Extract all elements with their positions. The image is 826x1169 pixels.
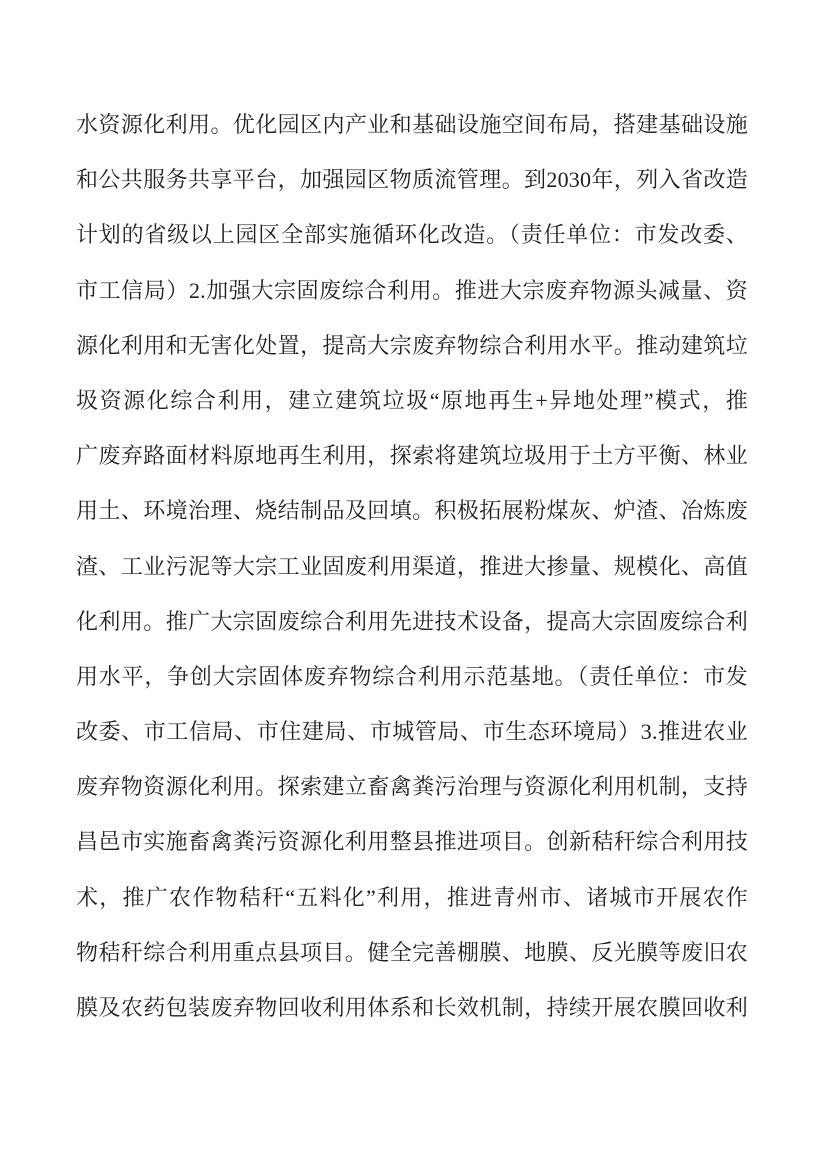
text-line-2: 和公共服务共享平台，加强园区物质流管理。到2030年，列入省改造 [76, 152, 748, 207]
text-line-17: 膜及农药包装废弃物回收利用体系和长效机制，持续开展农膜回收利 [76, 980, 748, 1035]
text-line-15: 术，推广农作物秸秆“五料化”利用，推进青州市、诸城市开展农作 [76, 870, 748, 925]
text-line-8: 用土、环境治理、烧结制品及回填。积极拓展粉煤灰、炉渣、冶炼废 [76, 483, 748, 538]
text-line-12: 改委、市工信局、市住建局、市城管局、市生态环境局）3.推进农业 [76, 704, 748, 759]
text-line-13: 废弃物资源化利用。探索建立畜禽粪污治理与资源化利用机制，支持 [76, 759, 748, 814]
text-line-9: 渣、工业污泥等大宗工业固废利用渠道，推进大掺量、规模化、高值 [76, 539, 748, 594]
text-line-7: 广废弃路面材料原地再生利用，探索将建筑垃圾用于土方平衡、林业 [76, 428, 748, 483]
text-line-4: 市工信局）2.加强大宗固废综合利用。推进大宗废弃物源头减量、资 [76, 263, 748, 318]
text-line-5: 源化利用和无害化处置，提高大宗废弃物综合利用水平。推动建筑垃 [76, 318, 748, 373]
paragraph-block: 水资源化利用。优化园区内产业和基础设施空间布局，搭建基础设施 和公共服务共享平台… [76, 97, 748, 1035]
text-line-10: 化利用。推广大宗固废综合利用先进技术设备，提高大宗固废综合利 [76, 594, 748, 649]
text-line-3: 计划的省级以上园区全部实施循环化改造。（责任单位：市发改委、 [76, 207, 748, 262]
text-line-16: 物秸秆综合利用重点县项目。健全完善棚膜、地膜、反光膜等废旧农 [76, 925, 748, 980]
document-page: 水资源化利用。优化园区内产业和基础设施空间布局，搭建基础设施 和公共服务共享平台… [0, 0, 826, 1169]
text-line-14: 昌邑市实施畜禽粪污资源化利用整县推进项目。创新秸秆综合利用技 [76, 814, 748, 869]
text-line-11: 用水平，争创大宗固体废弃物综合利用示范基地。（责任单位：市发 [76, 649, 748, 704]
text-line-6: 圾资源化综合利用，建立建筑垃圾“原地再生+异地处理”模式，推 [76, 373, 748, 428]
text-line-1: 水资源化利用。优化园区内产业和基础设施空间布局，搭建基础设施 [76, 97, 748, 152]
